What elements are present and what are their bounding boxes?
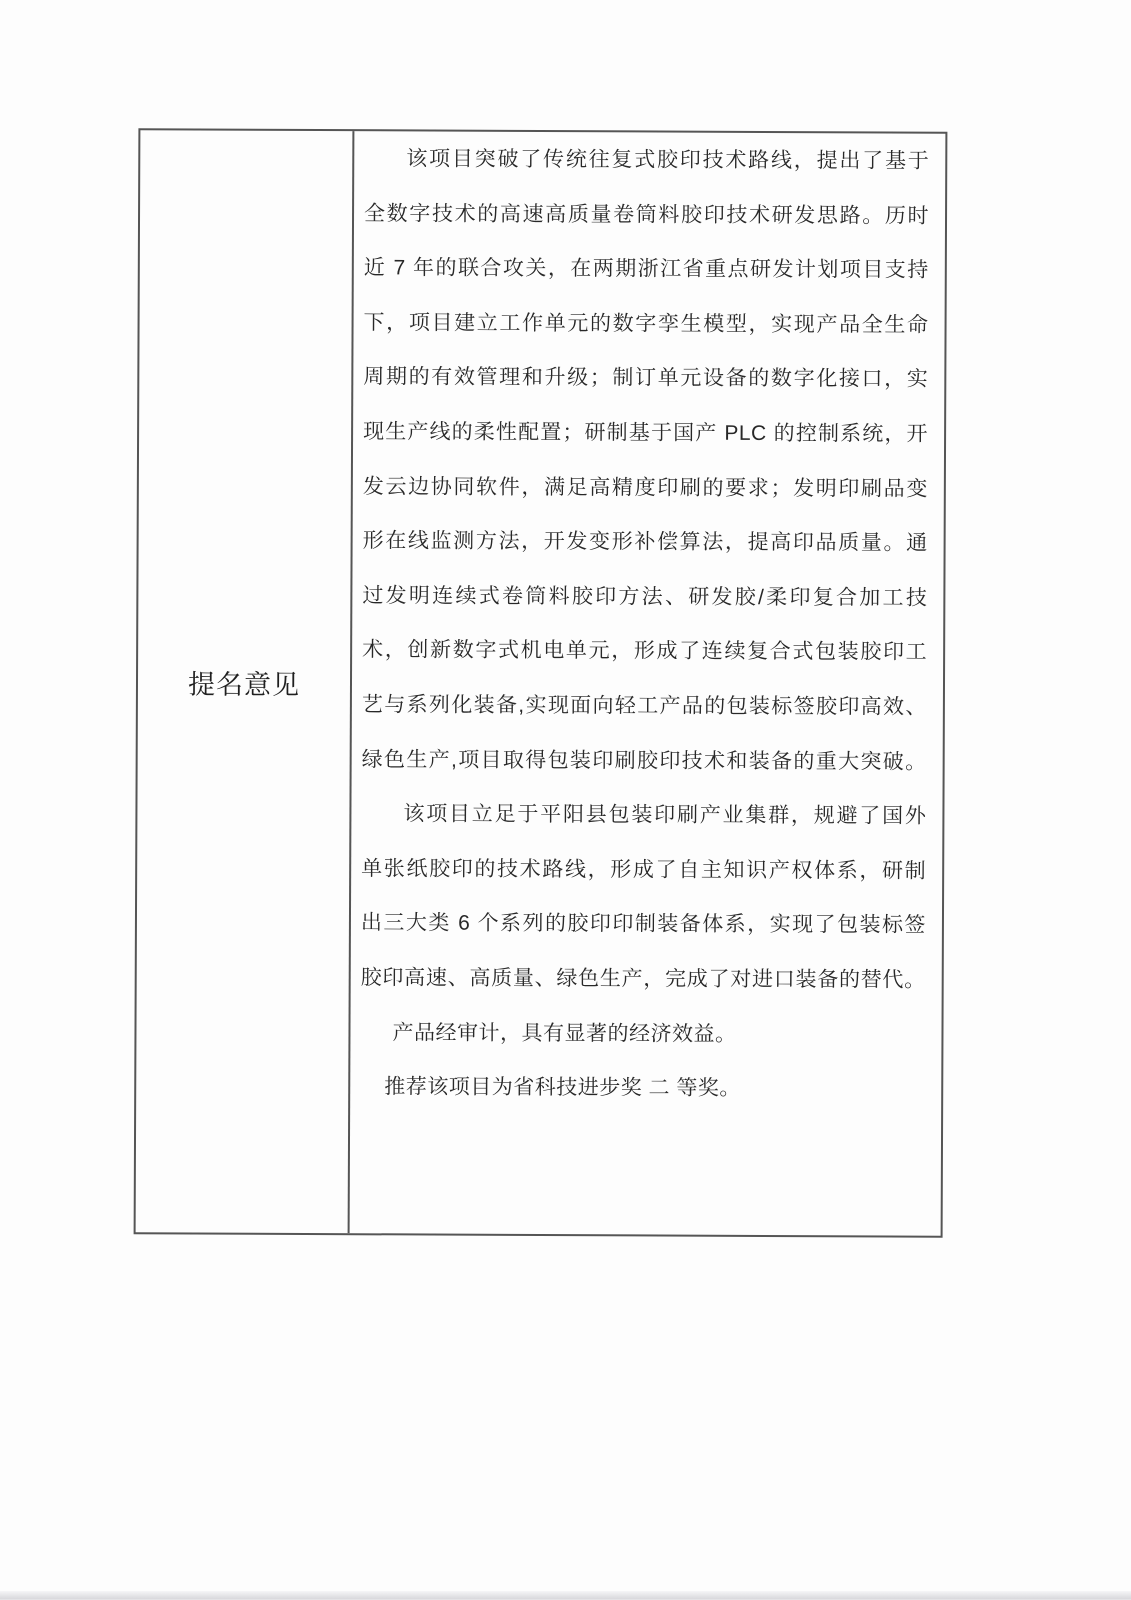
- content-line: 下，项目建立工作单元的数字孪生模型，实现产品全生命: [363, 296, 928, 353]
- nomination-label: 提名意见: [188, 662, 300, 701]
- content-line: 产品经审计，具有显著的经济效益。: [360, 1006, 925, 1063]
- content-line: 出三大类 6 个系列的胶印印制装备体系，实现了包装标签: [361, 897, 926, 954]
- content-line: 艺与系列化装备,实现面向轻工产品的包装标签胶印高效、: [362, 678, 927, 735]
- content-line: 单张纸胶印的技术路线，形成了自主知识产权体系，研制: [361, 842, 926, 899]
- content-line: 术，创新数字式机电单元，形成了连续复合式包装胶印工: [362, 624, 927, 681]
- nomination-label-cell: 提名意见: [136, 130, 355, 1233]
- content-line: 过发明连续式卷筒料胶印方法、研发胶/柔印复合加工技: [362, 569, 927, 626]
- content-line: 胶印高速、高质量、绿色生产，完成了对进口装备的替代。: [361, 951, 926, 1008]
- content-line: 该项目立足于平阳县包装印刷产业集群，规避了国外: [361, 787, 926, 844]
- content-line: 绿色生产,项目取得包装印刷胶印技术和装备的重大突破。: [362, 733, 927, 790]
- content-line: 现生产线的柔性配置；研制基于国产 PLC 的控制系统，开: [363, 405, 928, 462]
- content-line: 全数字技术的高速高质量卷筒料胶印技术研发思路。历时: [364, 187, 929, 244]
- scanned-document-page: 提名意见 该项目突破了传统往复式胶印技术路线，提出了基于全数字技术的高速高质量卷…: [0, 0, 1131, 1600]
- nomination-table: 提名意见 该项目突破了传统往复式胶印技术路线，提出了基于全数字技术的高速高质量卷…: [134, 128, 948, 1238]
- content-line: 该项目突破了传统往复式胶印技术路线，提出了基于: [364, 132, 929, 189]
- content-line: 形在线监测方法，开发变形补偿算法，提高印品质量。通: [362, 514, 927, 571]
- content-line: 近 7 年的联合攻关，在两期浙江省重点研发计划项目支持: [364, 241, 929, 298]
- content-line: 周期的有效管理和升级；制订单元设备的数字化接口，实: [363, 351, 928, 408]
- content-line: 推荐该项目为省科技进步奖 二 等奖。: [360, 1060, 925, 1117]
- scan-edge-artifact: [0, 1591, 1131, 1600]
- content-line: 发云边协同软件，满足高精度印刷的要求；发明印刷品变: [363, 460, 928, 517]
- nomination-content-cell: 该项目突破了传统往复式胶印技术路线，提出了基于全数字技术的高速高质量卷筒料胶印技…: [350, 131, 946, 1236]
